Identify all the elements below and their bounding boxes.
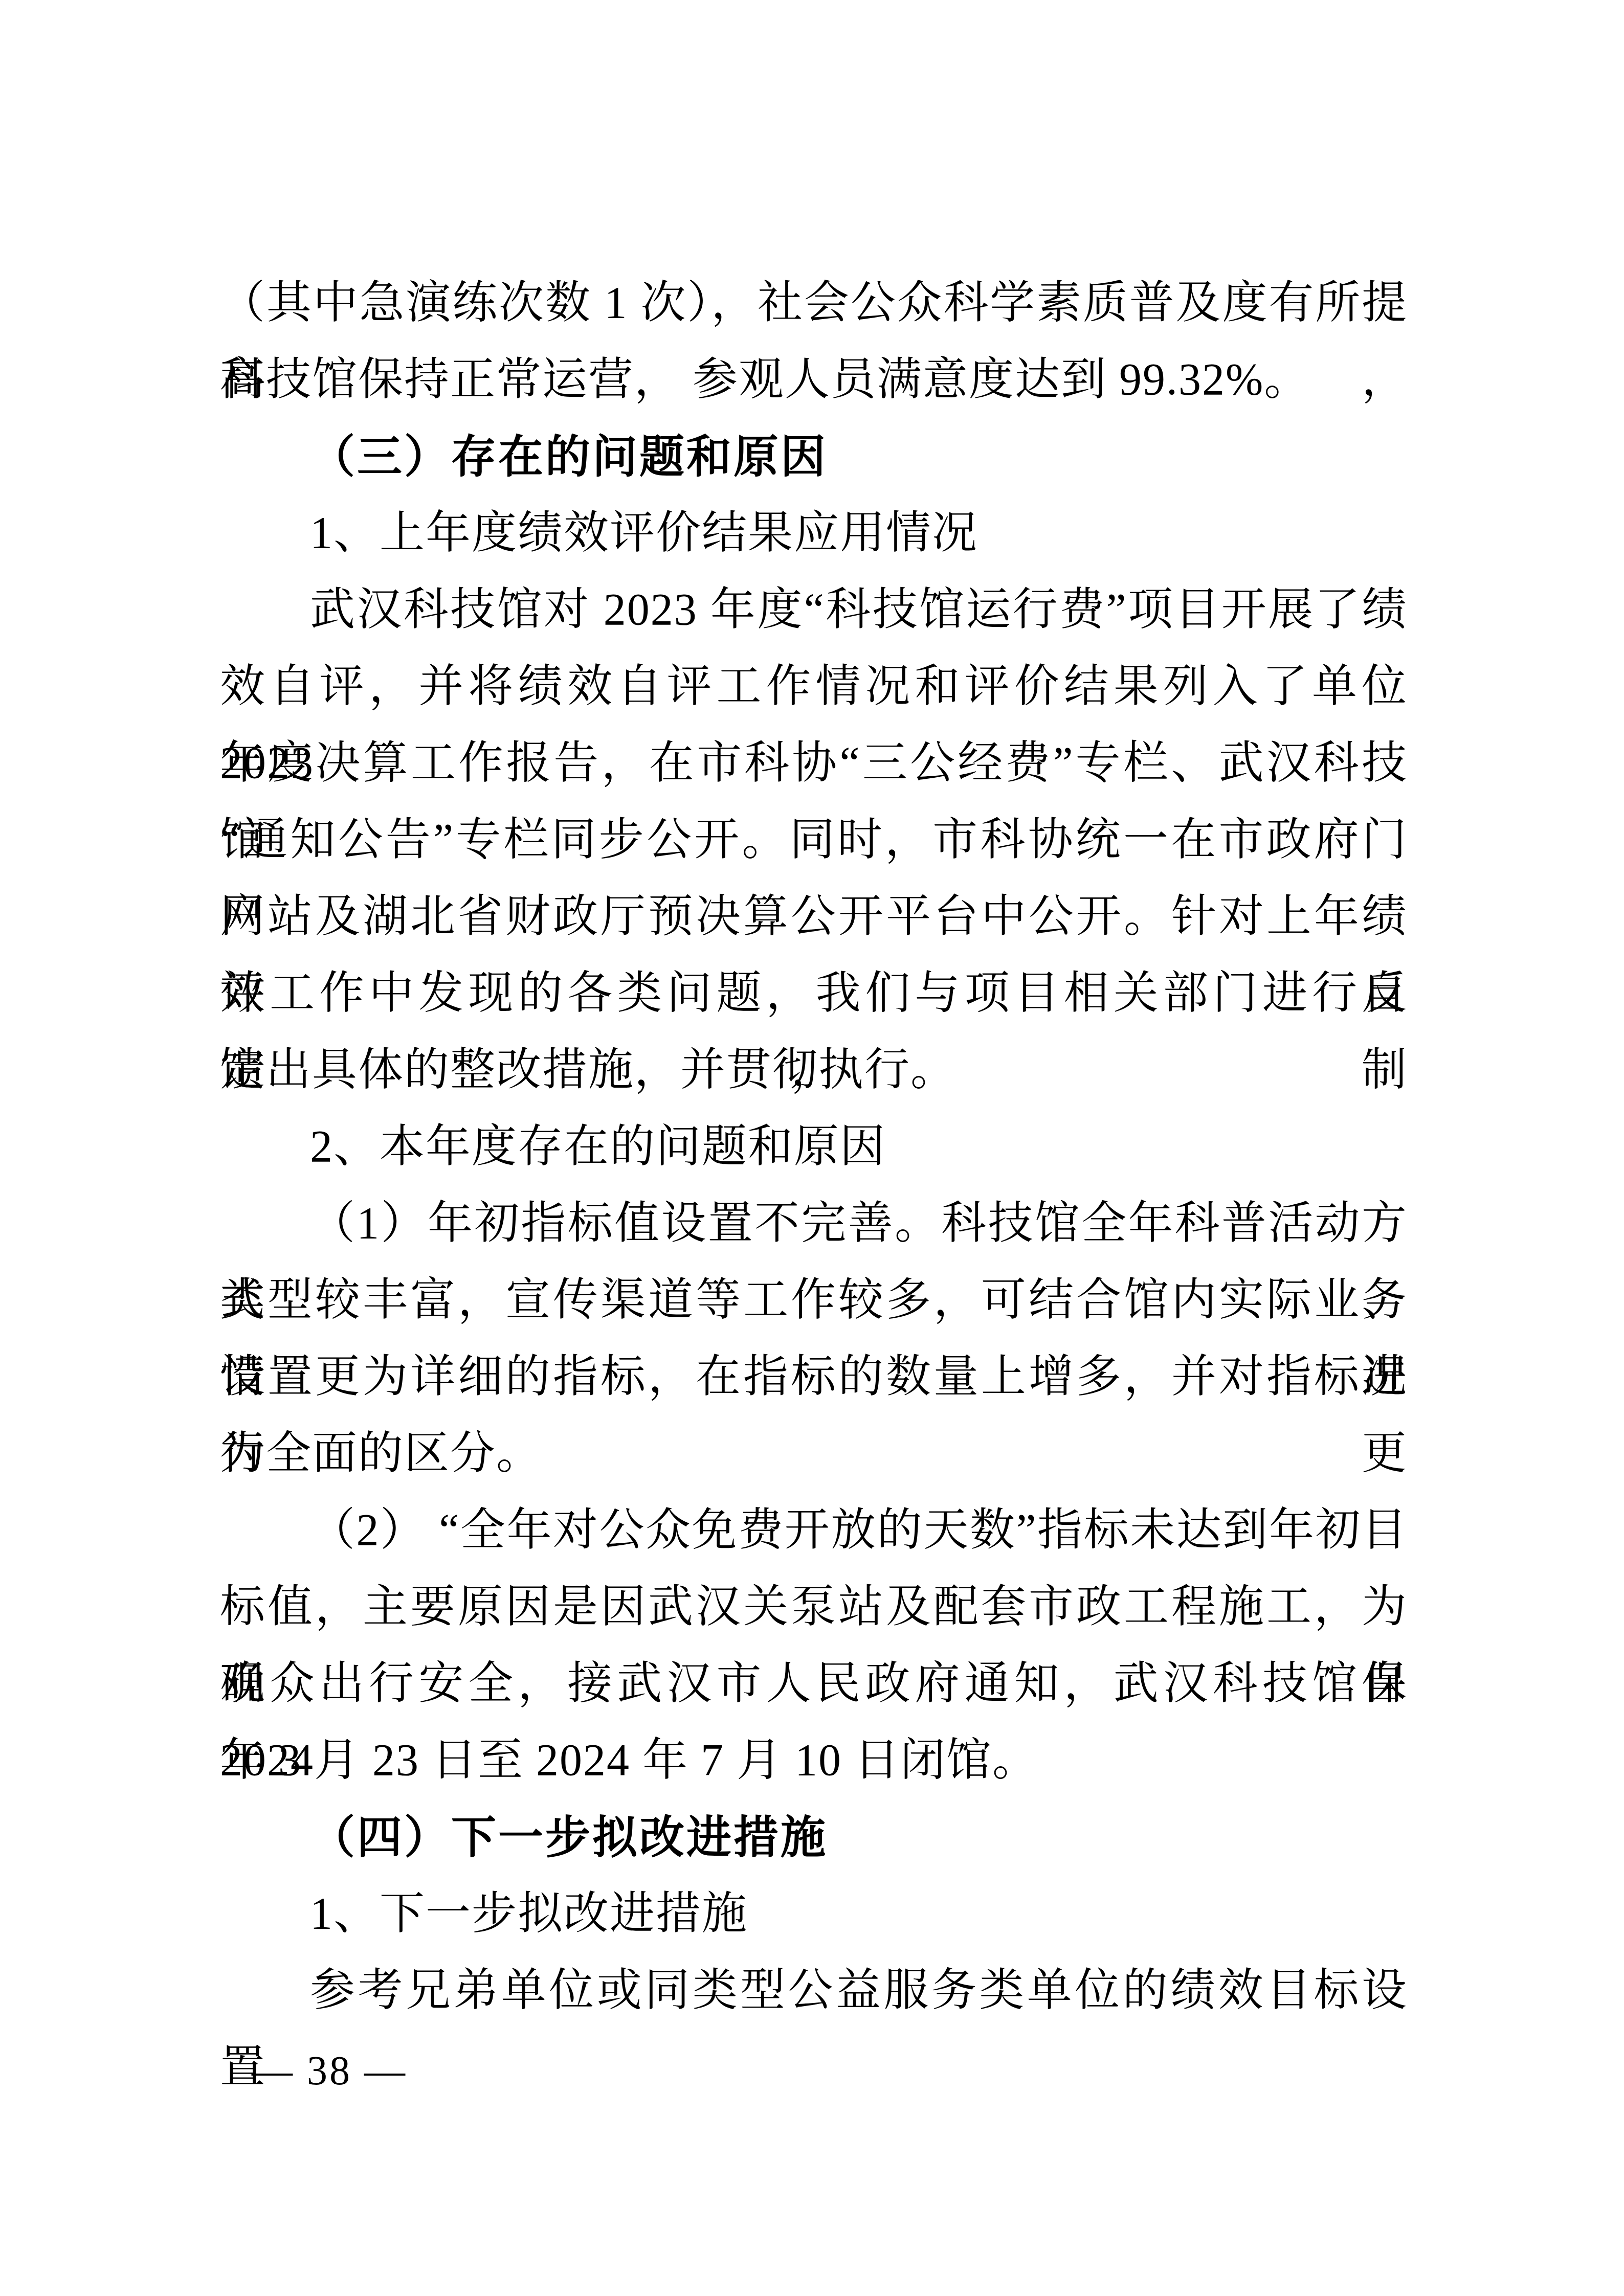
text-line: 1、下一步拟改进措施 — [220, 1876, 1408, 1952]
text-line: 网站及湖北省财政厅预决算公开平台中公开。针对上年绩效自 — [220, 879, 1408, 955]
text-line: 2、本年度存在的问题和原因 — [220, 1109, 1408, 1185]
document-page: （其中急演练次数 1 次），社会公众科学素质普及度有所提高， 科技馆保持正常运营… — [0, 0, 1624, 2296]
text-line: 评工作中发现的各类问题，我们与项目相关部门进行反馈，制 — [220, 955, 1408, 1032]
text-line: 科技馆保持正常运营， 参观人员满意度达到 99.32%。 — [220, 342, 1408, 418]
text-line: 年度决算工作报告，在市科协“三公经费”专栏、武汉科技馆 — [220, 725, 1408, 802]
text-line: （2） “全年对公众免费开放的天数”指标未达到年初目 — [220, 1492, 1408, 1569]
text-line: 参考兄弟单位或同类型公益服务类单位的绩效目标设置 — [220, 1952, 1408, 2029]
section-heading: （四）下一步拟改进措施 — [220, 1799, 1408, 1876]
text-line: 类型较丰富，宣传渠道等工作较多，可结合馆内实际业务情况 — [220, 1262, 1408, 1339]
page-number: — 38 — — [252, 2033, 407, 2109]
text-line: 效自评，并将绩效自评工作情况和评价结果列入了单位 2023 — [220, 648, 1408, 725]
text-line: 武汉科技馆对 2023 年度“科技馆运行费”项目开展了绩 — [220, 572, 1408, 648]
text-line: 标值，主要原因是因武汉关泵站及配套市政工程施工，为确保 — [220, 1569, 1408, 1646]
text-line: 设置更为详细的指标，在指标的数量上增多，并对指标进行更 — [220, 1339, 1408, 1415]
text-block: （其中急演练次数 1 次），社会公众科学素质普及度有所提高， 科技馆保持正常运营… — [220, 265, 1408, 2029]
text-line: 年 3 月 23 日至 2024 年 7 月 10 日闭馆。 — [220, 1722, 1408, 1799]
text-line: 观众出行安全，接武汉市人民政府通知，武汉科技馆自 2024 — [220, 1646, 1408, 1722]
text-line: “通知公告”专栏同步公开。同时，市科协统一在市政府门户 — [220, 802, 1408, 879]
text-line: 1、上年度绩效评价结果应用情况 — [220, 495, 1408, 572]
section-heading: （三）存在的问题和原因 — [220, 418, 1408, 495]
text-line: （其中急演练次数 1 次），社会公众科学素质普及度有所提高， — [220, 265, 1408, 342]
text-line: （1）年初指标值设置不完善。科技馆全年科普活动方式、 — [220, 1185, 1408, 1262]
